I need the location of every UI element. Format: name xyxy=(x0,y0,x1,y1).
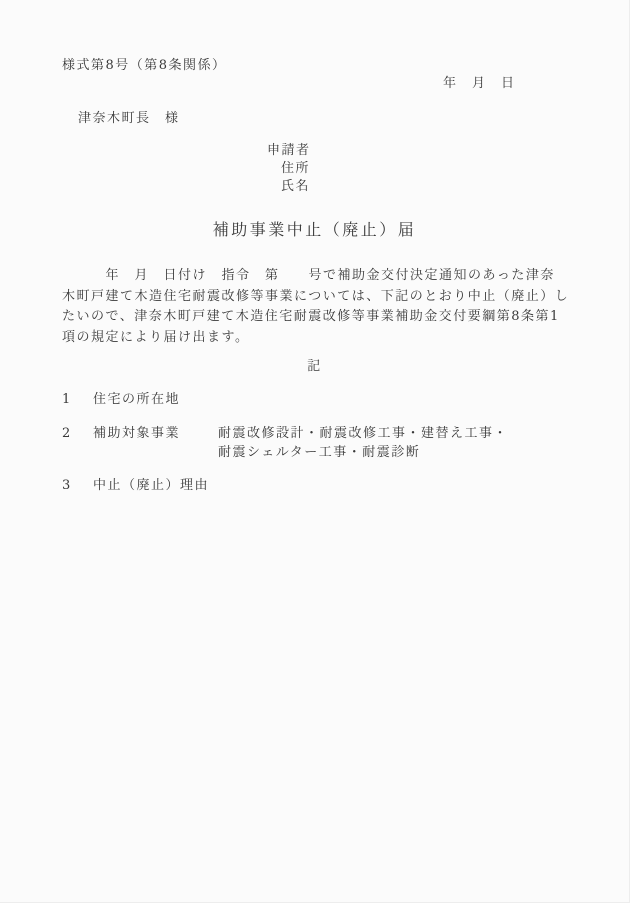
item-label: 補助対象事業 xyxy=(93,424,218,443)
list-item-cancellation-reason: 3 中止（廃止）理由 xyxy=(62,476,218,495)
form-number: 様式第8号（第8条関係） xyxy=(62,54,227,73)
item-label: 中止（廃止）理由 xyxy=(93,476,218,495)
document-title: 補助事業中止（廃止）届 xyxy=(0,217,629,240)
item-label: 住宅の所在地 xyxy=(93,390,218,409)
record-marker: 記 xyxy=(0,355,629,374)
item-number: 1 xyxy=(62,390,93,409)
date-line: 年 月 日 xyxy=(443,72,516,91)
item-number: 3 xyxy=(62,476,93,495)
body-paragraph: 年 月 日付け 指令 第 号で補助金交付決定通知のあった津奈 木町戸建て木造住宅… xyxy=(62,266,569,348)
item-value: 耐震改修設計・耐震改修工事・建替え工事・ 耐震シェルター工事・耐震診断 xyxy=(218,424,508,462)
applicant-heading: 申請者 xyxy=(267,139,311,158)
applicant-name-label: 氏名 xyxy=(281,175,310,194)
list-item-house-location: 1 住宅の所在地 xyxy=(62,390,218,409)
item-number: 2 xyxy=(62,424,93,443)
applicant-address-label: 住所 xyxy=(281,157,310,176)
addressee: 津奈木町長 様 xyxy=(78,107,180,126)
list-item-subsidized-project: 2 補助対象事業 耐震改修設計・耐震改修工事・建替え工事・ 耐震シェルター工事・… xyxy=(62,424,508,462)
document-page: 様式第8号（第8条関係） 年 月 日 津奈木町長 様 申請者 住所 氏名 補助事… xyxy=(0,0,630,903)
